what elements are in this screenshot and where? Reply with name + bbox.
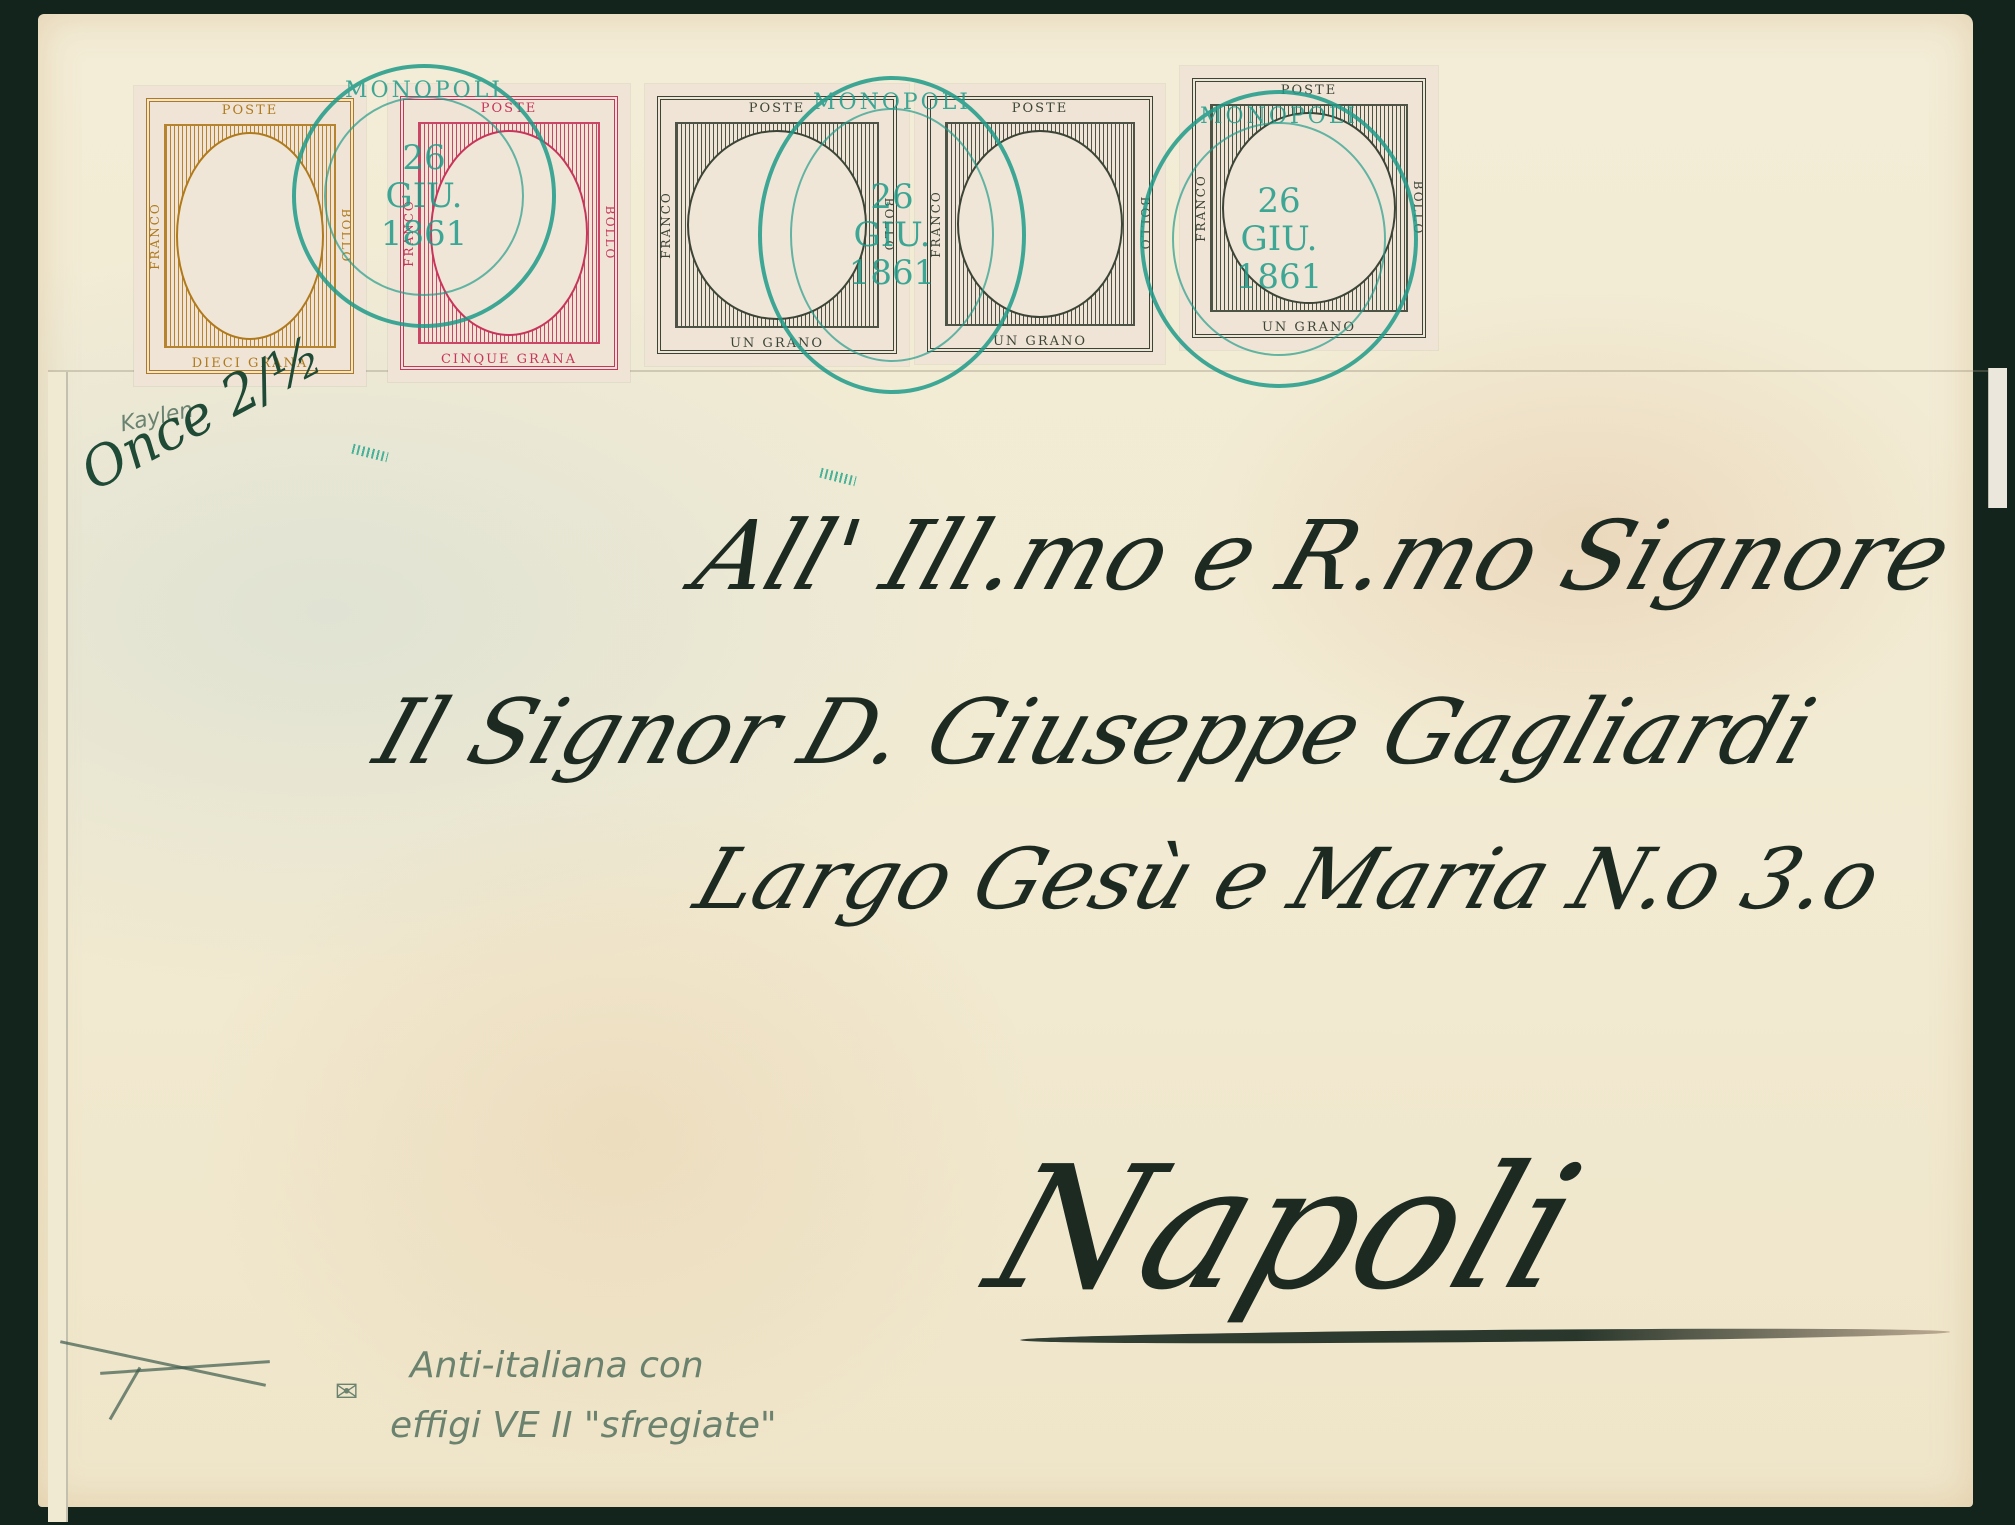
pencil-note-line-1: Anti-italiana con: [410, 1345, 704, 1386]
stamp-value-text: CINQUE GRANA: [388, 352, 630, 367]
postmark-date: 26 GIU. 1861: [762, 178, 1022, 292]
address-line-3: Largo Gesù e Maria N.o 3.o: [684, 830, 1893, 928]
postmark-date: 26 GIU. 1861: [1144, 182, 1414, 296]
stamp-left-text: FRANCO: [148, 202, 162, 270]
address-line-1: All' Ill.mo e R.mo Signore: [682, 500, 1965, 612]
address-city: Napoli: [968, 1130, 1602, 1328]
stamp-left-text: FRANCO: [659, 191, 673, 259]
postmark-3: MONOPOLI 26 GIU. 1861: [1140, 90, 1418, 388]
address-line-2: Il Signor D. Giuseppe Gagliardi: [363, 680, 1827, 785]
postmark-date: 26 GIU. 1861: [296, 139, 552, 253]
left-flap: [48, 372, 68, 1522]
postmark-town: MONOPOLI: [296, 78, 552, 103]
postmark-1: MONOPOLI 26 GIU. 1861: [292, 64, 556, 328]
postmark-town: MONOPOLI: [1144, 104, 1414, 129]
envelope-icon: ✉: [335, 1375, 358, 1408]
right-flap: [1988, 368, 2007, 508]
stamp-right-text: BOLLO: [604, 206, 618, 261]
postmark-town: MONOPOLI: [762, 90, 1022, 115]
postmark-2: MONOPOLI 26 GIU. 1861: [758, 76, 1026, 394]
pencil-note-line-2: effigi VE II "sfregiate": [390, 1405, 777, 1446]
